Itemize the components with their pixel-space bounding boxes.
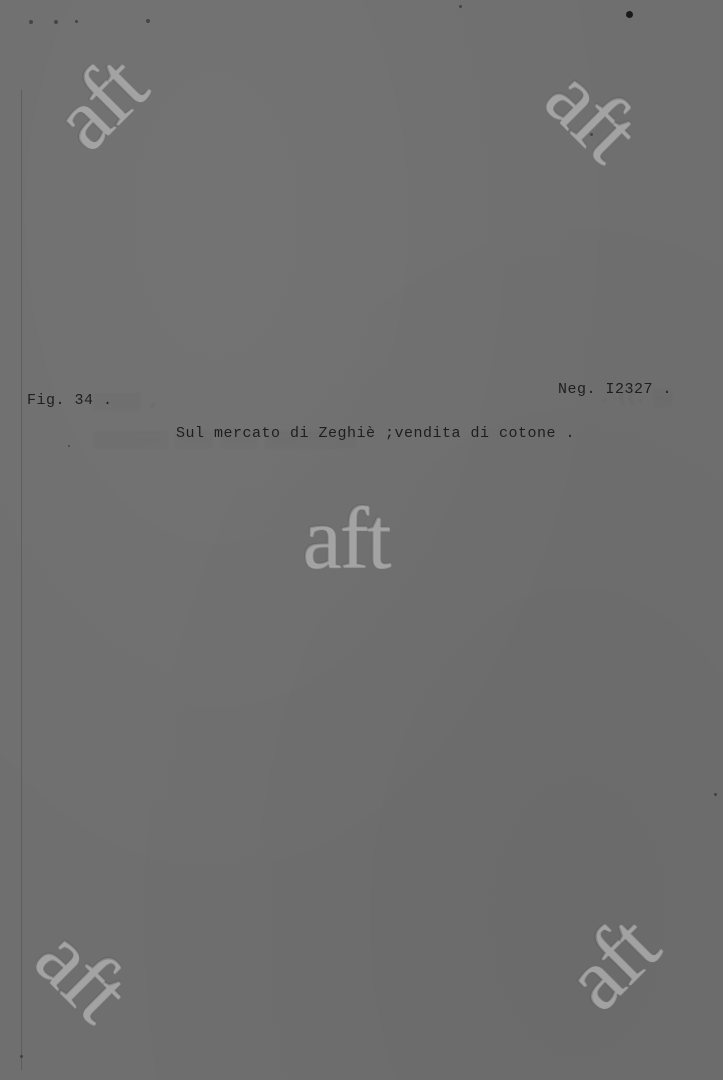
watermark-logo: aft — [38, 42, 162, 166]
page-edge-line — [21, 90, 22, 1070]
watermark-logo: aft — [530, 52, 654, 176]
dust-speck — [714, 793, 717, 796]
watermark-logo: aft — [20, 912, 144, 1036]
dust-speck — [20, 1055, 23, 1058]
dust-speck — [146, 19, 150, 23]
dust-speck — [459, 5, 462, 8]
negative-number: Neg. I2327 . — [558, 381, 672, 398]
dust-speck — [68, 445, 70, 447]
dust-speck — [75, 20, 78, 23]
figure-number: Fig. 34 . — [27, 392, 113, 409]
photo-caption: Sul mercato di Zeghiè ;vendita di cotone… — [176, 425, 575, 442]
dust-speck — [29, 20, 33, 24]
dust-speck — [626, 11, 633, 18]
watermark-logo: aft — [302, 495, 389, 583]
scanned-document-page: ▒▒▒▒▒ , ▒▒▒▒▒▒▒▒ ▒▒▒▒ ▒▒▒▒ ▒▒▒▒▒▒▒▒▒▒ . … — [0, 0, 723, 1080]
watermark-logo: aft — [550, 902, 674, 1026]
dust-speck — [54, 20, 58, 24]
